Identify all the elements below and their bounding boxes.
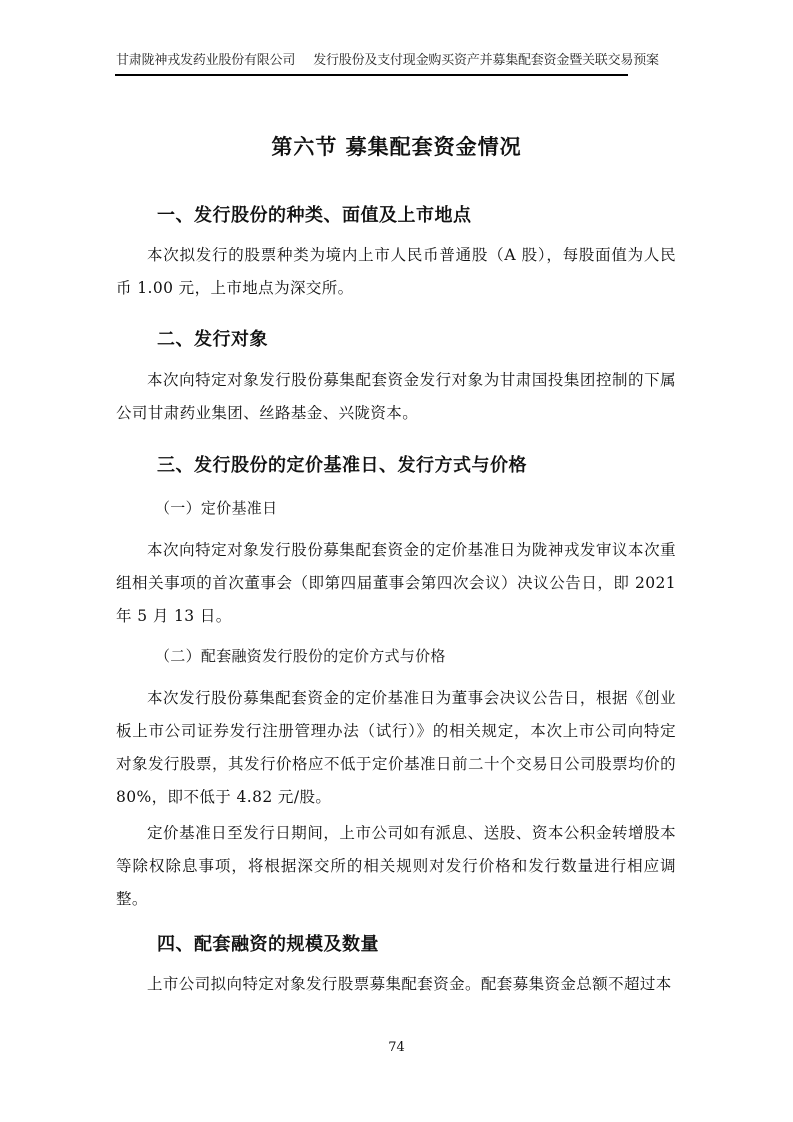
paragraph-2: 本次向特定对象发行股份募集配套资金发行对象为甘肃国投集团控制的下属公司甘肃药业集… <box>116 364 676 430</box>
header-doc-title: 发行股份及支付现金购买资产并募集配套资金暨关联交易预案 <box>313 53 659 68</box>
header-rule <box>115 74 628 76</box>
subheading-3-1: （一）定价基准日 <box>155 497 277 518</box>
heading-1: 一、发行股份的种类、面值及上市地点 <box>157 201 472 227</box>
heading-4: 四、配套融资的规模及数量 <box>157 930 379 956</box>
paragraph-3-1: 本次向特定对象发行股份募集配套资金的定价基准日为陇神戎发审议本次重组相关事项的首… <box>116 534 676 633</box>
paragraph-3-2b: 定价基准日至发行日期间，上市公司如有派息、送股、资本公积金转增股本等除权除息事项… <box>116 817 676 916</box>
paragraph-3-2a: 本次发行股份募集配套资金的定价基准日为董事会决议公告日，根据《创业板上市公司证券… <box>116 682 676 814</box>
running-header: 甘肃陇神戎发药业股份有限公司发行股份及支付现金购买资产并募集配套资金暨关联交易预… <box>116 52 628 70</box>
paragraph-4: 上市公司拟向特定对象发行股票募集配套资金。配套募集资金总额不超过本 <box>116 968 676 1001</box>
subheading-3-2: （二）配套融资发行股份的定价方式与价格 <box>155 645 446 666</box>
page-number: 74 <box>0 1040 793 1055</box>
heading-3: 三、发行股份的定价基准日、发行方式与价格 <box>157 451 527 477</box>
paragraph-1: 本次拟发行的股票种类为境内上市人民币普通股（A 股），每股面值为人民币 1.00… <box>116 239 676 305</box>
heading-2: 二、发行对象 <box>157 325 268 351</box>
header-company: 甘肃陇神戎发药业股份有限公司 <box>116 53 295 68</box>
section-title: 第六节 募集配套资金情况 <box>0 131 793 161</box>
